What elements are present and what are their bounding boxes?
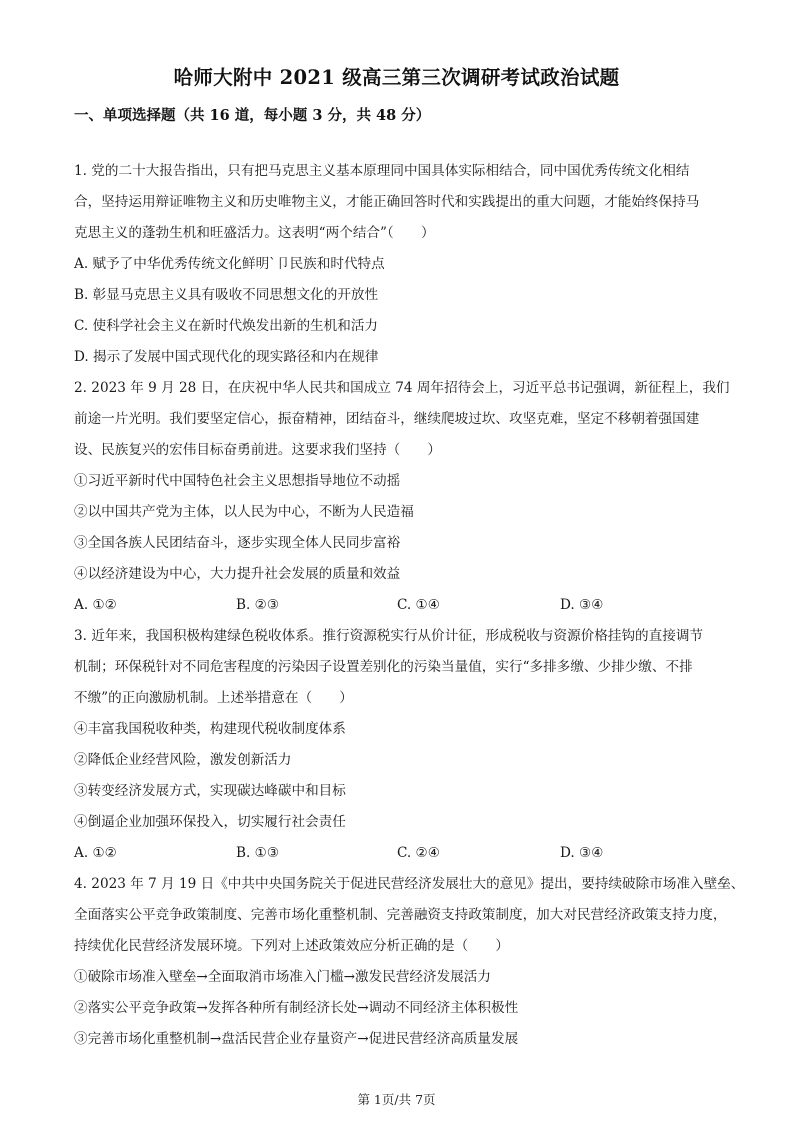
option-c: C. 使科学社会主义在新时代焕发出新的生机和活力: [74, 316, 378, 336]
statement-2: ②落实公平竞争政策→发挥各种所有制经济长处→调动不同经济主体积极性: [74, 998, 518, 1018]
question-stem-line: 1. 党的二十大报告指出，只有把马克思主义基本原理同中国具体实际相结合，同中国优…: [74, 161, 689, 181]
statement-3: ③转变经济发展方式，实现碳达峰碳中和目标: [74, 781, 346, 801]
question-stem-line: 4. 2023 年 7 月 19 日《中共中央国务院关于促进民营经济发展壮大的意…: [74, 874, 744, 894]
statement-4: ④以经济建设为中心，大力提升社会发展的质量和效益: [74, 564, 400, 584]
section-header: 一、单项选择题（共 16 道，每小题 3 分，共 48 分）: [74, 104, 430, 125]
question-stem-line: 克思主义的蓬勃生机和旺盛活力。这表明“两个结合”（ ）: [74, 223, 435, 243]
exam-page: 哈师大附中 2021 级高三第三次调研考试政治试题 一、单项选择题（共 16 道…: [0, 0, 793, 1122]
statement-1: ④丰富我国税收种类，构建现代税收制度体系: [74, 719, 346, 739]
question-stem-line: 不缴”的正向激励机制。上述举措意在（ ）: [74, 688, 353, 708]
question-stem-line: 2. 2023 年 9 月 28 日，在庆祝中华人民共和国成立 74 周年招待会…: [74, 378, 730, 398]
option-a: A. 赋予了中华优秀传统文化鲜明ˋ卩民族和时代特点: [74, 254, 385, 274]
question-stem-line: 设、民族复兴的宏伟目标奋勇前进。这要求我们坚持（ ）: [74, 440, 441, 460]
statement-3: ③完善市场化重整机制→盘活民营企业存量资产→促进民营经济高质量发展: [74, 1029, 518, 1049]
question-stem-line: 全面落实公平竞争政策制度、完善市场化重整机制、完善融资支持政策制度，加大对民营经…: [74, 905, 727, 925]
statement-1: ①习近平新时代中国特色社会主义思想指导地位不动摇: [74, 471, 400, 491]
choice-b: B. ②③: [236, 595, 279, 615]
question-stem-line: 3. 近年来，我国积极构建绿色税收体系。推行资源税实行从价计征，形成税收与资源价…: [74, 626, 703, 646]
question-stem-line: 合，坚持运用辩证唯物主义和历史唯物主义，才能正确回答时代和实践提出的重大问题，才…: [74, 192, 699, 212]
statement-3: ③全国各族人民团结奋斗，逐步实现全体人民同步富裕: [74, 533, 400, 553]
option-d: D. 揭示了发展中国式现代化的现实路径和内在规律: [74, 347, 379, 367]
document-title: 哈师大附中 2021 级高三第三次调研考试政治试题: [0, 62, 793, 90]
choice-d: D. ③④: [560, 843, 603, 863]
statement-4: ④倒逼企业加强环保投入，切实履行社会责任: [74, 812, 346, 832]
choice-c: C. ①④: [397, 595, 440, 615]
choice-b: B. ①③: [236, 843, 279, 863]
choice-a: A. ①②: [74, 843, 117, 863]
question-stem-line: 机制；环保税针对不同危害程度的污染因子设置差别化的污染当量值，实行“多排多缴、少…: [74, 657, 693, 677]
statement-2: ②降低企业经营风险，激发创新活力: [74, 750, 292, 770]
option-b: B. 彰显马克思主义具有吸收不同思想文化的开放性: [74, 285, 378, 305]
statement-1: ①破除市场准入壁垒→全面取消市场准入门槛→激发民营经济发展活力: [74, 967, 491, 987]
choice-a: A. ①②: [74, 595, 117, 615]
choice-c: C. ②④: [397, 843, 440, 863]
question-stem-line: 前途一片光明。我们要坚定信心，振奋精神，团结奋斗，继续爬坡过坎、攻坚克难，坚定不…: [74, 409, 699, 429]
question-stem-line: 持续优化民营经济发展环境。下列对上述政策效应分析正确的是（ ）: [74, 936, 509, 956]
page-footer: 第 1页/共 7页: [0, 1090, 793, 1108]
choice-d: D. ③④: [560, 595, 603, 615]
statement-2: ②以中国共产党为主体，以人民为中心，不断为人民造福: [74, 502, 414, 522]
